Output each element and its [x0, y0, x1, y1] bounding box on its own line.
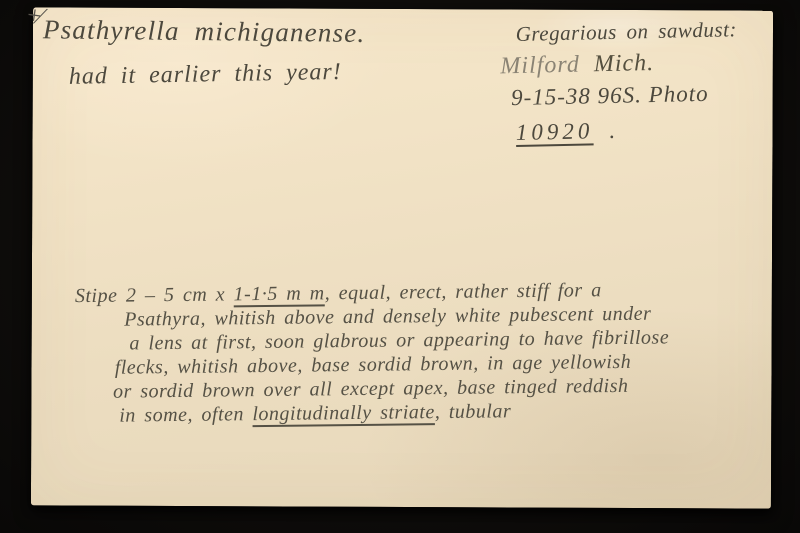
desc-l6-underlined: longitudinally striate: [252, 401, 435, 425]
corner-pen-mark: +⁄: [25, 2, 41, 31]
desc-l6-post: , tubular: [435, 400, 512, 423]
location-line: MilfordMich.: [500, 48, 738, 80]
species-name: Psathyrella michiganense.: [43, 14, 366, 49]
location-city: Milford: [500, 52, 580, 80]
desc-l1-pre: Stipe 2 – 5 cm x: [75, 283, 234, 307]
description-text: Stipe 2 – 5 cm x 1-1·5 m m, equal, erect…: [75, 276, 789, 428]
habitat-note: Gregarious on sawdust:: [515, 17, 737, 47]
photo-background: +⁄ Psathyrella michiganense. had it earl…: [0, 0, 800, 533]
index-card: +⁄ Psathyrella michiganense. had it earl…: [31, 7, 773, 508]
photo-number-period: .: [609, 118, 615, 143]
desc-l1-underlined: 1-1·5 m m: [233, 282, 324, 305]
species-note: had it earlier this year!: [69, 58, 366, 90]
desc-l6-pre: in some, often: [119, 403, 252, 427]
photo-number-line: 10920.: [516, 115, 740, 146]
date-and-reference: 9-15-38 96S. Photo: [511, 80, 739, 111]
species-header: Psathyrella michiganense. had it earlier…: [43, 15, 366, 88]
photo-number: 10920: [516, 118, 594, 145]
desc-l1-post: , equal, erect, rather stiff for a: [325, 279, 602, 304]
location-state: Mich.: [594, 50, 655, 77]
collection-info: Gregarious on sawdust: MilfordMich. 9-15…: [483, 17, 739, 146]
